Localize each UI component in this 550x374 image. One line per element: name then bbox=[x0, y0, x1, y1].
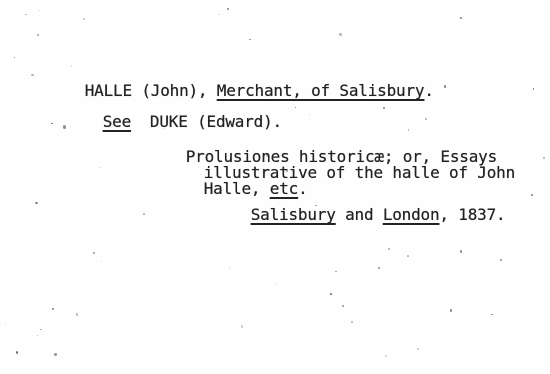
scan-speck bbox=[388, 248, 390, 250]
scan-speck bbox=[37, 335, 38, 336]
scan-speck bbox=[16, 351, 18, 354]
imprint-place-london: London bbox=[383, 205, 440, 224]
scan-speck bbox=[407, 255, 409, 257]
imprint-place-salisbury: Salisbury bbox=[251, 205, 336, 224]
scan-speck bbox=[460, 250, 462, 253]
scan-speck bbox=[276, 284, 277, 285]
scan-speck bbox=[531, 194, 533, 196]
scan-speck bbox=[14, 57, 15, 58]
scan-speck bbox=[450, 309, 452, 312]
scan-speck bbox=[40, 329, 42, 330]
scan-speck bbox=[37, 34, 39, 36]
scan-speck bbox=[491, 314, 493, 315]
scan-speck bbox=[330, 293, 332, 295]
scan-speck bbox=[5, 323, 6, 324]
scan-speck bbox=[39, 10, 40, 11]
scan-speck bbox=[425, 118, 427, 120]
scan-speck bbox=[76, 313, 78, 316]
scan-speck bbox=[35, 202, 38, 204]
catalog-card-scan: HALLE (John), Merchant, of Salisbury. Se… bbox=[0, 0, 550, 374]
scan-speck bbox=[229, 267, 230, 268]
scan-speck bbox=[31, 74, 34, 76]
scan-speck bbox=[351, 321, 353, 323]
imprint-connector: and bbox=[336, 205, 383, 224]
heading-period: . bbox=[424, 81, 433, 100]
scan-speck bbox=[378, 267, 380, 269]
see-label: See bbox=[103, 112, 131, 131]
see-target: DUKE (Edward). bbox=[131, 112, 282, 131]
scan-speck bbox=[101, 261, 102, 262]
scan-speck bbox=[533, 88, 534, 90]
scan-speck bbox=[335, 271, 337, 272]
imprint-year: , 1837. bbox=[439, 205, 505, 224]
scan-speck bbox=[51, 123, 53, 124]
imprint-line: Salisbury and London, 1837. bbox=[213, 191, 505, 239]
scan-speck bbox=[54, 353, 57, 356]
scan-speck bbox=[241, 325, 243, 328]
scan-speck bbox=[500, 259, 502, 261]
scan-speck bbox=[52, 308, 54, 310]
scan-speck bbox=[99, 167, 100, 168]
scan-speck bbox=[444, 85, 446, 88]
scan-speck bbox=[143, 213, 145, 215]
scan-speck bbox=[25, 14, 27, 15]
scan-speck bbox=[227, 8, 229, 10]
scan-speck bbox=[219, 14, 220, 15]
scan-speck bbox=[342, 305, 344, 307]
scan-speck bbox=[93, 252, 95, 254]
scan-speck bbox=[543, 157, 545, 159]
scan-speck bbox=[249, 39, 251, 40]
scan-speck bbox=[83, 18, 85, 20]
scan-speck bbox=[408, 129, 409, 131]
scan-speck bbox=[339, 33, 342, 36]
scan-speck bbox=[385, 355, 387, 357]
scan-speck bbox=[417, 348, 419, 350]
scan-speck bbox=[460, 17, 462, 19]
